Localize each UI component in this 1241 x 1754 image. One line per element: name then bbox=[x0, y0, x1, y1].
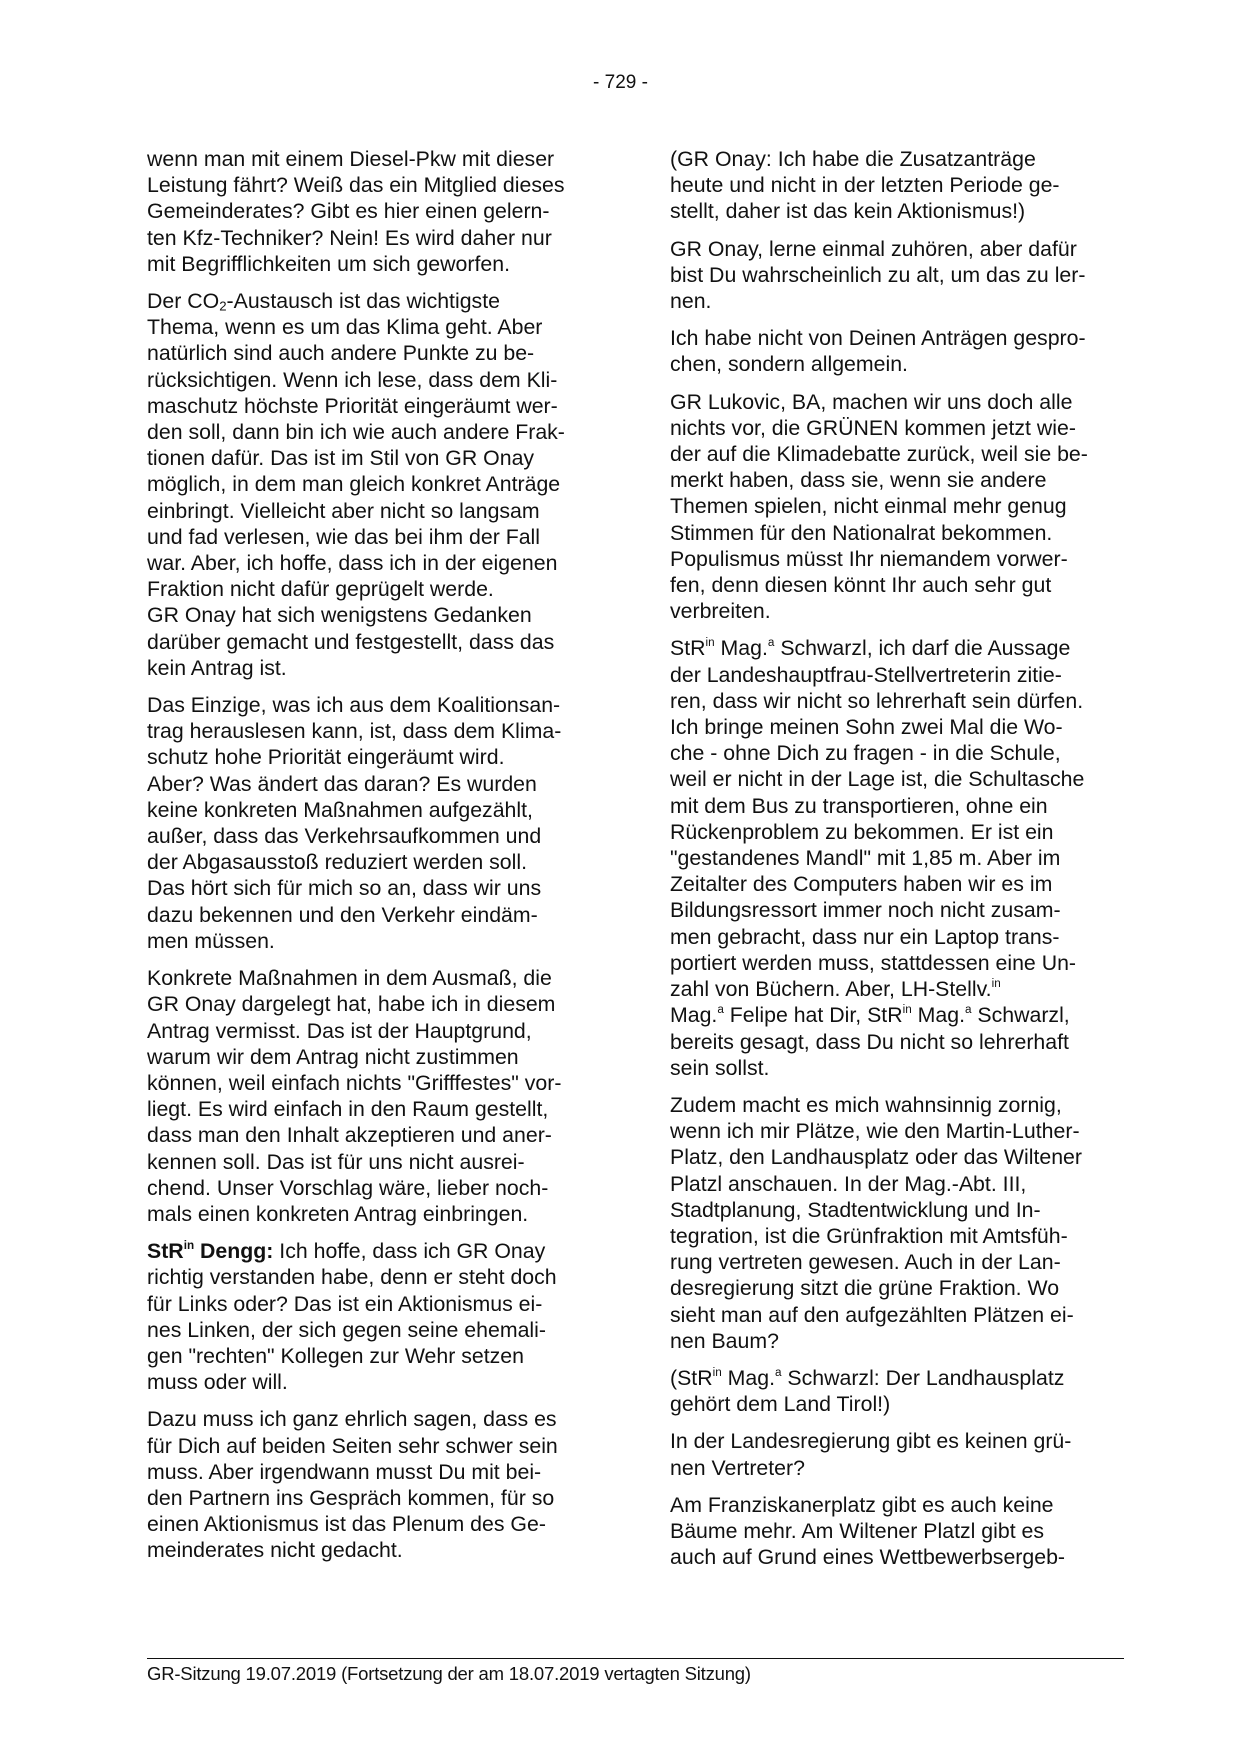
paragraph: Konkrete Maßnahmen in dem Ausmaß, die GR… bbox=[147, 965, 607, 1227]
text-run: Mag. bbox=[912, 1003, 965, 1027]
superscript: in bbox=[184, 1239, 194, 1252]
subscript: 2 bbox=[219, 298, 226, 313]
text-run: Schwarzl, ich darf die Aussage der Lande… bbox=[670, 636, 1084, 1001]
text-run: Mag. bbox=[670, 1003, 717, 1027]
paragraph: Zudem macht es mich wahnsinnig zornig, w… bbox=[670, 1092, 1128, 1354]
paragraph: wenn man mit einem Diesel-Pkw mit dieser… bbox=[147, 146, 607, 277]
text-run: Der CO bbox=[147, 289, 219, 313]
speaker-title: StR bbox=[147, 1239, 184, 1263]
paragraph: Am Franziskanerplatz gibt es auch keine … bbox=[670, 1492, 1128, 1571]
paragraph: GR Onay, lerne einmal zuhören, aber dafü… bbox=[670, 236, 1128, 315]
paragraph: Das Einzige, was ich aus dem Koalitionsa… bbox=[147, 692, 607, 954]
superscript: in bbox=[706, 637, 715, 650]
paragraph: Ich habe nicht von Deinen Anträgen gespr… bbox=[670, 325, 1128, 377]
left-column: wenn man mit einem Diesel-Pkw mit dieser… bbox=[147, 146, 607, 1564]
footer-text: GR-Sitzung 19.07.2019 (Fortsetzung der a… bbox=[147, 1663, 751, 1685]
speaker-surname: Dengg: bbox=[194, 1239, 273, 1263]
text-run: Mag. bbox=[715, 636, 768, 660]
footer-divider bbox=[147, 1658, 1124, 1659]
paragraph: Der CO2-Austausch ist das wichtigste The… bbox=[147, 288, 607, 681]
right-column: (GR Onay: Ich habe die Zusatzanträge heu… bbox=[670, 146, 1128, 1570]
speaker-name: StRin Dengg: bbox=[147, 1239, 273, 1263]
paragraph: StRin Mag.a Schwarzl, ich darf die Aussa… bbox=[670, 635, 1128, 1080]
interjection: (StRin Mag.a Schwarzl: Der Landhausplatz… bbox=[670, 1365, 1128, 1417]
paragraph: Dazu muss ich ganz ehrlich sagen, dass e… bbox=[147, 1406, 607, 1563]
text-run: Felipe hat Dir, StR bbox=[724, 1003, 903, 1027]
text-run: (StR bbox=[670, 1366, 713, 1390]
superscript: in bbox=[903, 1004, 912, 1017]
text-run: -Austausch ist das wichtigste Thema, wen… bbox=[147, 289, 565, 680]
paragraph: In der Landesregierung gibt es keinen gr… bbox=[670, 1428, 1128, 1480]
superscript: in bbox=[713, 1366, 722, 1379]
paragraph: GR Lukovic, BA, machen wir uns doch alle… bbox=[670, 389, 1128, 625]
superscript: in bbox=[992, 977, 1001, 990]
page-number: - 729 - bbox=[0, 72, 1241, 94]
interjection: (GR Onay: Ich habe die Zusatzanträge heu… bbox=[670, 146, 1128, 225]
speech-paragraph: StRin Dengg: Ich hoffe, dass ich GR Onay… bbox=[147, 1238, 607, 1395]
text-run: Mag. bbox=[722, 1366, 775, 1390]
text-run: StR bbox=[670, 636, 706, 660]
